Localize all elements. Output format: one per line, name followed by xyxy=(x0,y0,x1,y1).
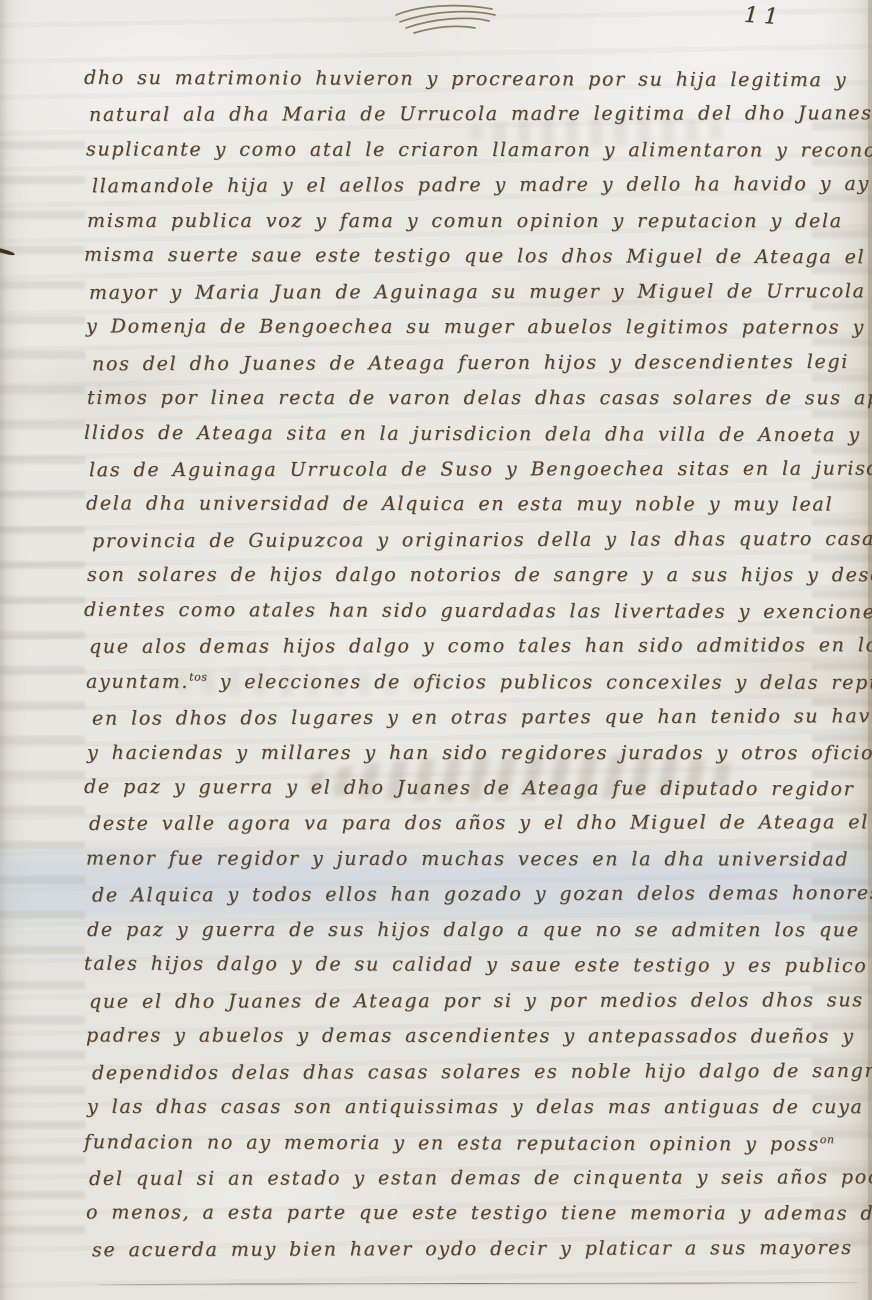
manuscript-line: nos del dho Juanes de Ateaga fueron hijo… xyxy=(92,350,849,374)
manuscript-line: las de Aguinaga Urrucola de Suso y Bengo… xyxy=(89,457,872,481)
manuscript-line: tales hijos dalgo y de su calidad y saue… xyxy=(84,953,872,978)
manuscript-line: y Domenja de Bengoechea su muger abuelos… xyxy=(86,316,872,339)
manuscript-line: que alos demas hijos dalgo y como tales … xyxy=(89,634,872,658)
manuscript-text: dho su matrimonio huvieron y procrearon … xyxy=(0,0,872,1300)
manuscript-line: dela dha universidad de Alquica en esta … xyxy=(86,493,833,516)
manuscript-line: en los dhos dos lugares y en otras parte… xyxy=(92,705,872,730)
manuscript-line: provincia de Guipuzcoa y originarios del… xyxy=(92,528,872,552)
manuscript-line: mayor y Maria Juan de Aguinaga su muger … xyxy=(89,280,866,304)
manuscript-line: dientes como atales han sido guardadas l… xyxy=(84,598,872,623)
manuscript-line: que el dho Juanes de Ateaga por si y por… xyxy=(89,989,864,1013)
manuscript-line: llamandole hija y el aellos padre y madr… xyxy=(92,173,872,198)
manuscript-line: natural ala dha Maria de Urrucola madre … xyxy=(89,103,872,127)
manuscript-line: de paz y guerra de sus hijos dalgo a que… xyxy=(87,919,872,941)
manuscript-line: de paz y guerra y el dho Juanes de Ateag… xyxy=(84,776,854,800)
manuscript-line: suplicante y como atal le criaron llamar… xyxy=(86,138,872,161)
manuscript-line: y haciendas y millares y han sido regido… xyxy=(87,741,872,763)
manuscript-line: son solares de hijos dalgo notorios de s… xyxy=(87,564,872,586)
manuscript-line: o menos, a esta parte que este testigo t… xyxy=(86,1202,872,1225)
manuscript-line: misma suerte saue este testigo que los d… xyxy=(84,244,865,268)
manuscript-line: y las dhas casas son antiquissimas y del… xyxy=(87,1096,864,1118)
manuscript-line: deste valle agora va para dos años y el … xyxy=(89,812,869,836)
manuscript-line: llidos de Ateaga sita en la jurisdicion … xyxy=(84,421,861,445)
manuscript-line: timos por linea recta de varon delas dha… xyxy=(87,387,872,409)
manuscript-line: fundacion no ay memoria y en esta reputa… xyxy=(84,1130,835,1155)
manuscript-line: dho su matrimonio huvieron y procrearon … xyxy=(84,67,847,91)
manuscript-line: del qual si an estado y estan demas de c… xyxy=(89,1166,872,1190)
manuscript-page: 11 dho su matrimonio huvieron y procrear… xyxy=(0,0,872,1300)
manuscript-line: de Alquica y todos ellos han gozado y go… xyxy=(92,882,872,907)
manuscript-line: padres y abuelos y demas ascendientes y … xyxy=(86,1025,855,1048)
manuscript-line: menor fue regidor y jurado muchas veces … xyxy=(86,847,849,870)
manuscript-line: se acuerda muy bien haver oydo decir y p… xyxy=(92,1237,853,1261)
manuscript-line: ayuntam.tos y elecciones de oficios publ… xyxy=(86,670,872,694)
manuscript-line: misma publica voz y fama y comun opinion… xyxy=(87,210,843,232)
manuscript-line: dependidos delas dhas casas solares es n… xyxy=(92,1059,872,1084)
